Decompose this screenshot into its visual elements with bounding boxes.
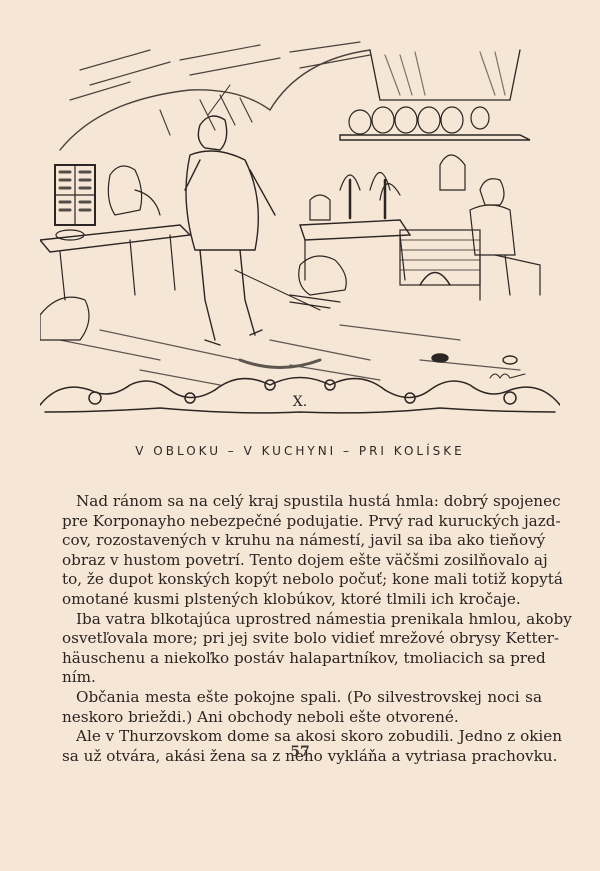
artist-signature <box>490 374 525 378</box>
chapter-numeral: X. <box>293 394 307 410</box>
basket <box>40 297 89 340</box>
hearth <box>300 155 480 285</box>
text-line: osvetľovala more; pri jej svite bolo vid… <box>62 629 542 649</box>
text-line: to, že dupot konských kopýt nebolo počuť… <box>62 570 542 590</box>
paragraph-2: Iba vatra blkotajúca uprostred námestia … <box>62 610 542 688</box>
man-figure <box>185 85 320 345</box>
paragraph-1: Nad ránom sa na celý kraj spustila hustá… <box>62 492 542 610</box>
text-line: pre Korponayho nebezpečné podujatie. Prv… <box>62 512 542 532</box>
woman-figure <box>108 166 160 215</box>
floor <box>60 325 520 385</box>
text-line: obraz v hustom povetrí. Tento dojem ešte… <box>62 551 542 571</box>
text-line: neskoro brieždi.) Ani obchody neboli ešt… <box>62 708 542 728</box>
illustration-caption: V OBLOKU – V KUCHYNI – PRI KOLÍSKE <box>0 444 600 458</box>
text-line: Občania mesta ešte pokojne spali. (Po si… <box>62 688 542 708</box>
text-line: Iba vatra blkotajúca uprostred námestia … <box>62 610 542 630</box>
table <box>40 225 190 300</box>
ceiling-hatching <box>60 42 370 150</box>
text-line: cov, rozostavených v kruhu na námestí, j… <box>62 531 542 551</box>
paragraph-3: Občania mesta ešte pokojne spali. (Po si… <box>62 688 542 727</box>
page-number: 57 <box>0 744 600 760</box>
text-line: Nad ránom sa na celý kraj spustila hustá… <box>62 492 542 512</box>
text-line: omotané kusmi plstených klobúkov, ktoré … <box>62 590 542 610</box>
body-text: Nad ránom sa na celý kraj spustila hustá… <box>62 492 542 766</box>
kitchen-illustration: X. <box>40 40 560 420</box>
window <box>55 165 95 225</box>
book-page: X. V OBLOKU – V KUCHYNI – PRI KOLÍSKE Na… <box>0 0 600 871</box>
pots-on-shelf <box>349 107 489 134</box>
text-line: häuschenu a niekoľko postáv halapartníko… <box>62 649 542 669</box>
text-line: ním. <box>62 668 542 688</box>
chimney-hood <box>340 50 530 140</box>
